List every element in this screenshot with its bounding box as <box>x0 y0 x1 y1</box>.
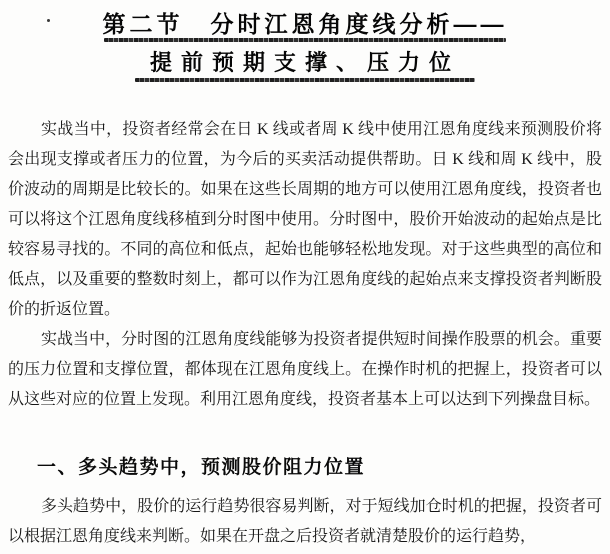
title-underline-2 <box>135 78 475 82</box>
book-page: 第二节 分时江恩角度线分析—— 提前预期支撑、压力位 实战当中，投资者经常会在日… <box>0 0 610 554</box>
chapter-title-line2: 提前预期支撑、压力位 <box>0 46 610 77</box>
paragraph-3: 多头趋势中，股价的运行趋势很容易判断，对于短线加仓时机的把握，投资者可以根据江恩… <box>8 492 602 552</box>
section-heading: 一、多头趋势中，预测股价阻力位置 <box>37 452 365 479</box>
chapter-title-line1: 第二节 分时江恩角度线分析—— <box>0 6 610 39</box>
paragraph-1: 实战当中，投资者经常会在日 K 线或者周 K 线中使用江恩角度线来预测股价将会出… <box>8 115 602 325</box>
paragraph-2: 实战当中，分时图的江恩角度线能够为投资者提供短时间操作股票的机会。重要的压力位置… <box>8 325 602 415</box>
title-underline-1 <box>104 38 506 42</box>
